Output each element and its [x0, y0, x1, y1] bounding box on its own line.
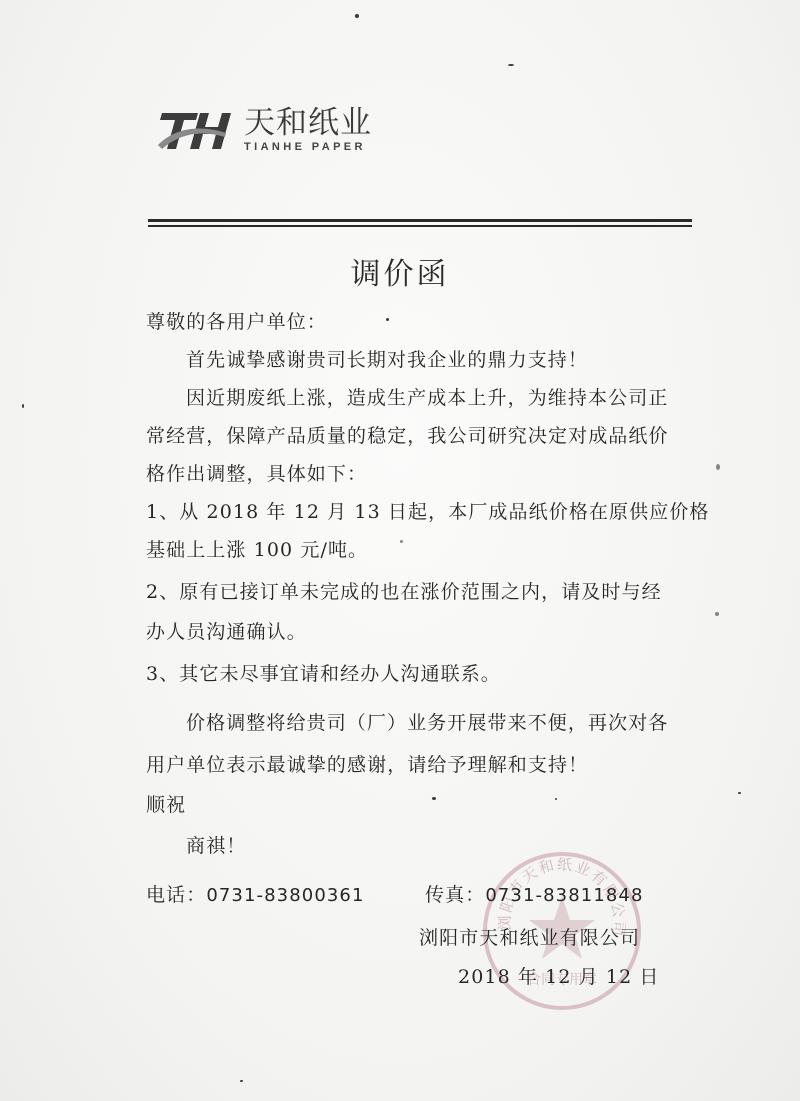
phone-number: 0731-83800361	[206, 885, 364, 906]
regards: 顺祝	[146, 790, 186, 817]
header-rule-thick	[148, 219, 692, 222]
company-logo: 天和纸业 TIANHE PAPER	[156, 106, 372, 153]
company-name-en: TIANHE PAPER	[244, 141, 372, 153]
phone-info: 电话：0731-83800361	[146, 880, 365, 907]
scan-speck	[508, 64, 514, 66]
scan-speck	[738, 792, 741, 794]
scan-speck	[400, 540, 403, 543]
paragraph-reason-line-3: 格作出调整，具体如下：	[146, 459, 367, 486]
signature-date: 2018 年 12 月 12 日	[458, 962, 660, 989]
fax-info: 传真：0731-83811848	[425, 880, 644, 907]
paragraph-reason-line-2: 常经营，保障产品质量的稳定，我公司研究决定对成品纸价	[146, 421, 669, 448]
paragraph-thanks: 首先诚挚感谢贵司长期对我企业的鼎力支持！	[186, 345, 588, 372]
scan-speck	[716, 464, 720, 470]
scan-speck	[432, 797, 436, 800]
item-2-line-2: 办人员沟通确认。	[146, 617, 307, 644]
salutation: 尊敬的各用户单位：	[146, 307, 327, 334]
scan-speck	[22, 404, 24, 408]
phone-label: 电话：	[146, 884, 206, 906]
company-name-cn: 天和纸业	[244, 106, 372, 140]
scan-speck	[715, 612, 719, 616]
document-title: 调价函	[0, 249, 800, 293]
fax-label: 传真：	[425, 884, 485, 906]
paragraph-reason-line-1: 因近期废纸上涨，造成生产成本上升，为维持本公司正	[186, 383, 668, 410]
wishes: 商祺！	[186, 831, 246, 858]
item-2-line-1: 2、原有已接订单未完成的也在涨价范围之内，请及时与经	[146, 577, 662, 604]
closing-line-2: 用户单位表示最诚挚的感谢，请给予理解和支持！	[146, 750, 588, 777]
scan-speck	[355, 14, 359, 18]
scan-speck	[386, 318, 389, 321]
signature-company: 浏阳市天和纸业有限公司	[419, 923, 640, 950]
document-page: 天和纸业 TIANHE PAPER 调价函 尊敬的各用户单位： 首先诚挚感谢贵司…	[0, 0, 800, 1101]
closing-line-1: 价格调整将给贵司（厂）业务开展带来不便，再次对各	[186, 708, 668, 735]
th-logo-icon	[156, 107, 236, 153]
scan-speck	[555, 798, 557, 800]
item-3-line-1: 3、其它未尽事宜请和经办人沟通联系。	[146, 659, 501, 686]
item-1-line-1: 1、从 2018 年 12 月 13 日起，本厂成品纸价格在原供应价格	[146, 497, 710, 524]
fax-number: 0731-83811848	[485, 885, 643, 906]
scan-speck	[240, 1080, 243, 1082]
header-rule-thin	[148, 225, 692, 227]
item-1-line-2: 基础上上涨 100 元/吨。	[146, 535, 368, 562]
